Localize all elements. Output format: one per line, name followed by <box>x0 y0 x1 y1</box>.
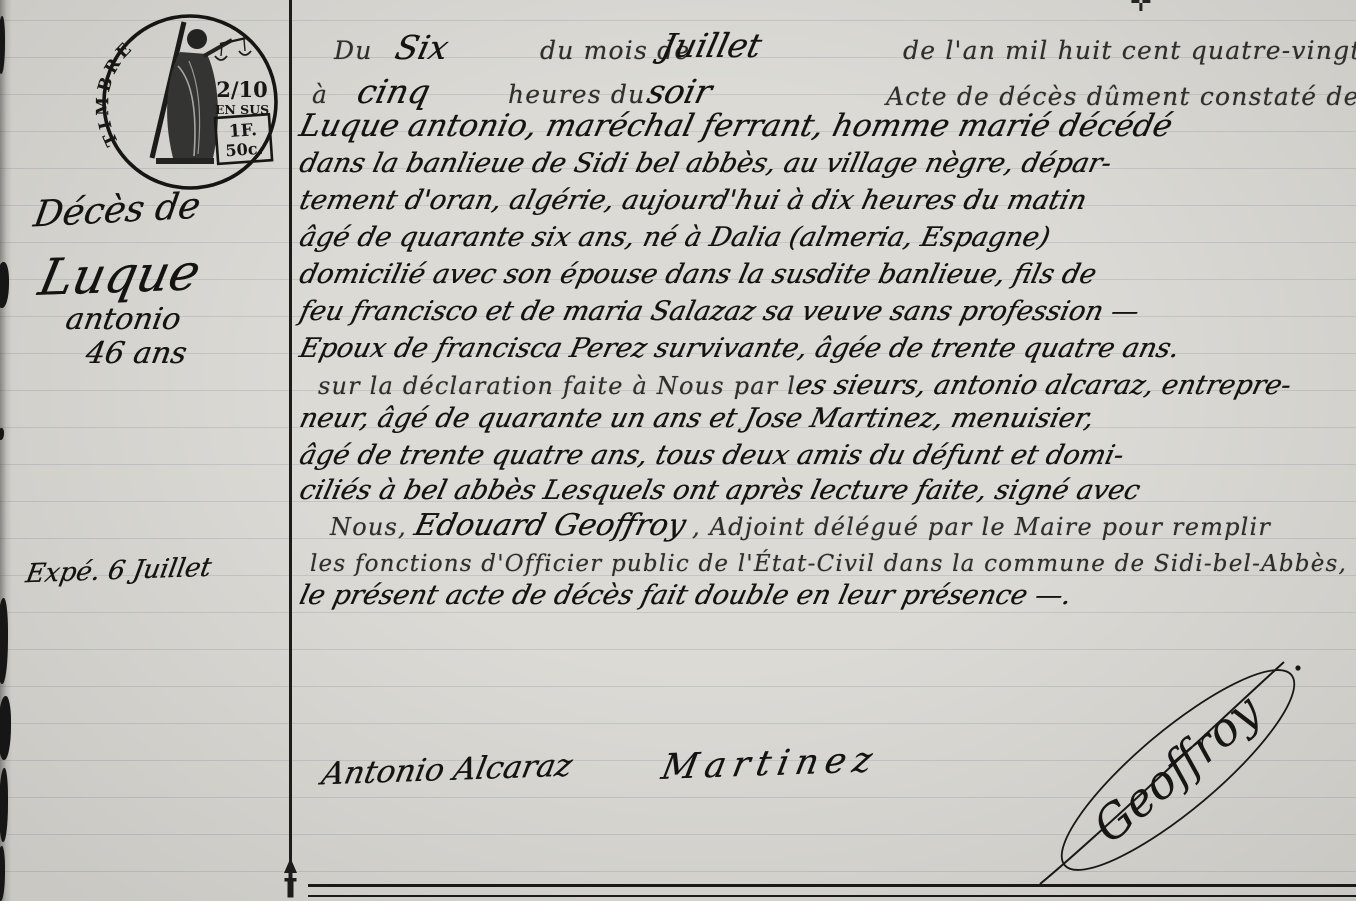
body-line-7: Epoux de francisca Perez survivante, âgé… <box>296 331 1183 367</box>
revenue-stamp: TIMBRE 2/10 EN SUS <box>94 6 286 202</box>
signature-officer-text: Geoffroy <box>1083 683 1272 854</box>
body-line-1: Luque antonio, maréchal ferrant, homme m… <box>296 108 1176 144</box>
hour-hand-value: cinq <box>353 72 433 111</box>
svg-text:TIMBRE: TIMBRE <box>94 37 139 149</box>
margin-surname: Luque <box>34 243 206 307</box>
body-line-4: âgé de quarante six ans, né à Dalia (alm… <box>296 220 1054 256</box>
body-line-13: les fonctions d'Officier public de l'Éta… <box>310 546 1347 582</box>
declaration-printed-label: sur la déclaration faite à Nous par l <box>318 372 796 400</box>
justice-stamp-icon: TIMBRE 2/10 EN SUS <box>94 6 286 198</box>
body-line-6: feu francisco et de maria Salazaz sa veu… <box>296 294 1143 330</box>
body-line-9: neur, âgé de quarante un ans et Jose Mar… <box>296 401 1098 437</box>
stamp-price-cents: 50c. <box>225 139 264 161</box>
form-year-label: de l'an mil huit cent quatre-vingt <box>903 36 1356 65</box>
body-line-5: domicilié avec son épouse dans la susdit… <box>296 257 1100 293</box>
form-du-label: Du <box>334 36 373 65</box>
rule-finial-icon <box>280 858 301 901</box>
margin-vertical-rule <box>289 0 292 876</box>
day-hand-value: Six <box>391 28 452 67</box>
body-line-14: le présent acte de décès fait double en … <box>296 578 1075 614</box>
form-acte-label: Acte de décès dûment constaté de <box>886 82 1356 111</box>
form-heures-label: heures du <box>508 80 645 109</box>
margin-firstname: antonio <box>63 302 183 337</box>
stamp-timbre-text: TIMBRE <box>94 37 139 149</box>
body-line-8-hand: es sieurs, antonio alcaraz, entrepre- <box>792 368 1295 404</box>
margin-age: 46 ans <box>83 336 189 371</box>
body-line-2: dans la banlieue de Sidi bel abbès, au v… <box>296 146 1115 182</box>
officer-nous-label: Nous, <box>330 513 407 541</box>
form-hour-prefix: à <box>312 80 328 109</box>
officer-name-hand: Edouard Geoffroy <box>410 508 688 544</box>
binding-edge <box>0 0 12 901</box>
officer-title-label: , Adjoint délégué par le Maire pour remp… <box>692 513 1271 541</box>
body-line-11: ciliés à bel abbès Lesquels ont après le… <box>296 473 1144 509</box>
body-line-3: tement d'oran, algérie, aujourd'hui à di… <box>296 183 1090 219</box>
top-cross-ornament-icon: ✛ <box>1130 0 1152 18</box>
death-certificate-page: ✛ TIMBRE <box>0 0 1356 901</box>
signature-officer: Geoffroy <box>1026 632 1356 898</box>
stamp-price-box: 1F. 50c. <box>215 114 272 164</box>
period-hand-value: soir <box>643 72 715 111</box>
month-hand-value: Juillet <box>657 26 765 65</box>
signature-witness2: Martinez <box>658 740 882 788</box>
stamp-surtax-value: 2/10 <box>216 77 268 102</box>
body-line-10: âgé de trente quatre ans, tous deux amis… <box>296 438 1127 474</box>
